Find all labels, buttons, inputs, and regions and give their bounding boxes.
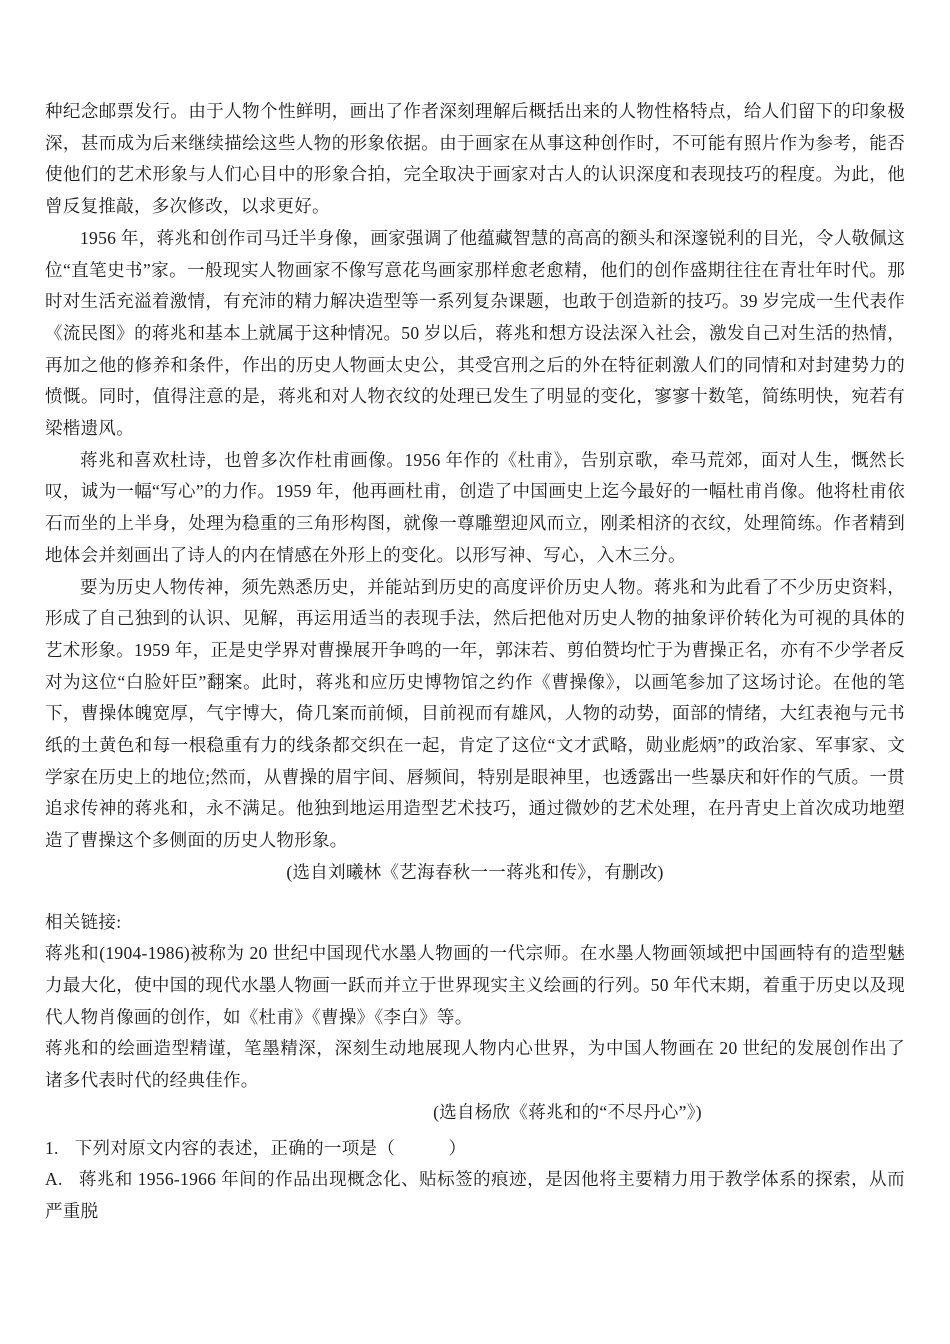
- question-1-number: 1.: [45, 1138, 59, 1158]
- related-paragraph-2: 蒋兆和的绘画造型精谨，笔墨精深，深刻生动地展现人物内心世界，为中国人物画在 20…: [45, 1033, 905, 1096]
- option-a-label: A.: [45, 1169, 63, 1189]
- related-paragraph-1: 蒋兆和(1904-1986)被称为 20 世纪中国现代水墨人物画的一代宗师。在水…: [45, 938, 905, 1033]
- body-paragraph-4: 要为历史人物传神，须先熟悉历史，并能站到历史的高度评价历史人物。蒋兆和为此看了不…: [45, 572, 905, 857]
- related-links-label: 相关链接:: [45, 907, 905, 939]
- source-citation-related-text: (选自杨欣《蒋兆和的“不尽丹心”》): [45, 1097, 905, 1129]
- source-citation-main-text: (选自刘曦林《艺海春秋一一蒋兆和传》，有删改): [45, 857, 905, 889]
- question-1-option-a: A.蒋兆和 1956-1966 年间的作品出现概念化、贴标签的痕迹，是因他将主要…: [45, 1164, 905, 1227]
- body-paragraph-2: 1956 年，蒋兆和创作司马迁半身像，画家强调了他蕴藏智慧的高高的额头和深邃锐利…: [45, 223, 905, 445]
- related-links-section: 相关链接: 蒋兆和(1904-1986)被称为 20 世纪中国现代水墨人物画的一…: [45, 907, 905, 1097]
- body-paragraph-1: 种纪念邮票发行。由于人物个性鲜明，画出了作者深刻理解后概括出来的人物性格特点，给…: [45, 96, 905, 223]
- question-1-line: 1.下列对原文内容的表述，正确的一项是（ ）: [45, 1133, 905, 1165]
- body-paragraph-3: 蒋兆和喜欢杜诗，也曾多次作杜甫画像。1956 年作的《杜甫》，告别京歌，牵马荒郊…: [45, 445, 905, 572]
- document-page: 种纪念邮票发行。由于人物个性鲜明，画出了作者深刻理解后概括出来的人物性格特点，给…: [0, 0, 950, 1344]
- question-1-text: 下列对原文内容的表述，正确的一项是（ ）: [75, 1138, 467, 1158]
- option-a-text: 蒋兆和 1956-1966 年间的作品出现概念化、贴标签的痕迹，是因他将主要精力…: [45, 1169, 905, 1221]
